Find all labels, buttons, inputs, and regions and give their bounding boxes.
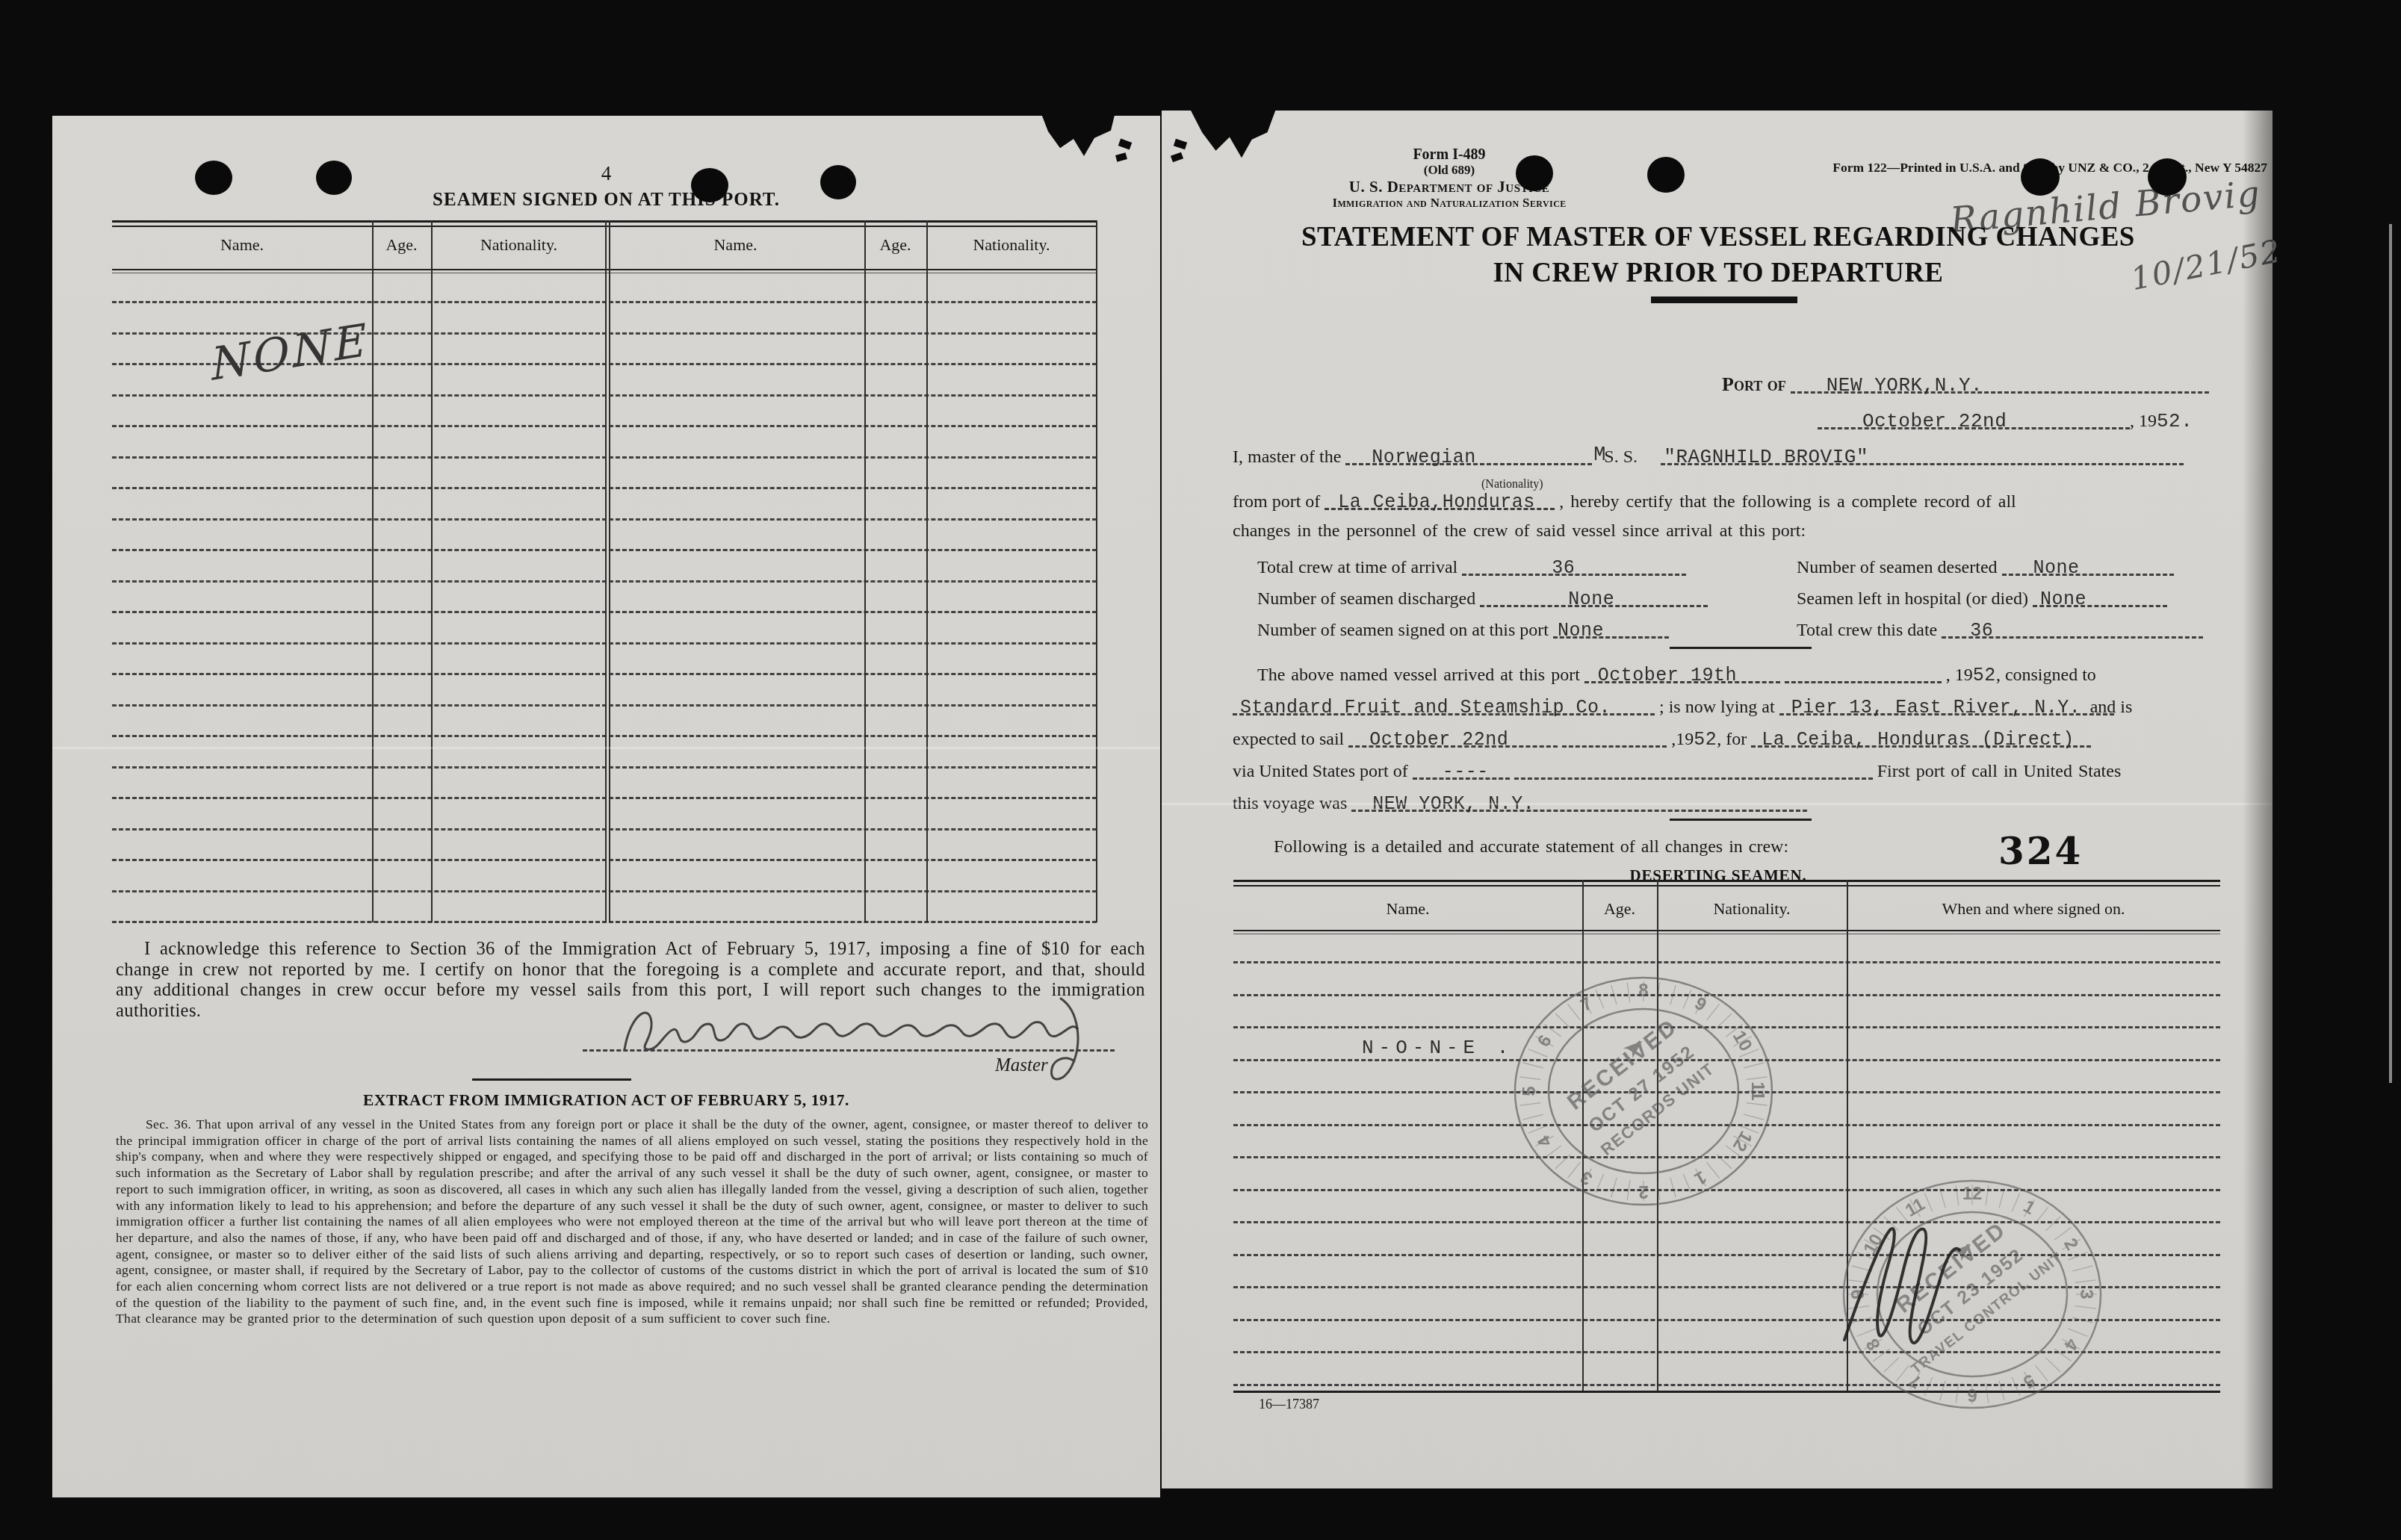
svg-text:8: 8 xyxy=(1638,981,1648,1001)
typed-value: Pier 13, East River, N.Y. xyxy=(1791,697,2081,718)
port-of-value: NEW YORK,N.Y. xyxy=(1827,374,1983,397)
berth-field: Pier 13, East River, N.Y. xyxy=(1779,695,2114,715)
date-value: October 22nd xyxy=(1862,410,2007,432)
stat-discharged: Number of seamen discharged None xyxy=(1257,587,1708,609)
hole-punch xyxy=(2148,158,2187,196)
section-divider-rule xyxy=(1670,819,1812,821)
hole-punch xyxy=(2021,158,2060,196)
stat-deserted: Number of seamen deserted None xyxy=(1797,556,2174,578)
via-port-field: ---- xyxy=(1413,760,1510,780)
stat-total-arrival: Total crew at time of arrival 36 xyxy=(1257,556,1686,578)
form-id-old: (Old 689) xyxy=(1225,163,1673,178)
vessel-prefix: M S. S. xyxy=(1596,447,1656,468)
hole-punch xyxy=(1647,157,1685,193)
right-table-header-rule xyxy=(1233,930,2220,934)
stat-total-date: Total crew this date 36 xyxy=(1797,618,2203,641)
nationality-field: Norwegian xyxy=(1345,445,1592,465)
leader xyxy=(1514,760,1873,780)
left-table-header-rule xyxy=(112,269,1097,273)
table-row-line xyxy=(112,518,1097,521)
svg-text:1: 1 xyxy=(2020,1196,2039,1219)
left-table-vline xyxy=(372,220,374,922)
typed-value: 52 xyxy=(1973,665,1996,686)
stat-field: 36 xyxy=(1942,618,2203,639)
typed-value: October 19th xyxy=(1598,665,1737,686)
leader xyxy=(1785,663,1942,683)
stat-field: None xyxy=(2002,556,2174,576)
left-table-vline xyxy=(864,220,866,922)
printed-text: , for xyxy=(1717,730,1747,749)
arrival-date-field: October 19th xyxy=(1584,663,1780,683)
right-col-header-nationality: Nationality. xyxy=(1657,899,1847,919)
stat-field: None xyxy=(1480,587,1708,607)
following-statement-line: Following is a detailed and accurate sta… xyxy=(1274,837,1788,857)
from-port-line: from port of La Ceiba,Honduras , hereby … xyxy=(1233,490,2016,512)
vessel-name-field: "RAGNHILD BROVIG" xyxy=(1661,445,2184,465)
typed-value: La Ceiba, Honduras (Direct) xyxy=(1762,729,2075,751)
svg-text:1: 1 xyxy=(1691,1167,1710,1189)
table-row-line xyxy=(112,797,1097,799)
master-signature-label: Master xyxy=(995,1055,1048,1076)
stat-signed-on: Number of seamen signed on at this port … xyxy=(1257,618,1669,641)
deserting-none-entry: N-O-N-E . xyxy=(1362,1037,1514,1059)
left-table-vline-center-double xyxy=(605,220,607,922)
printed-text: ; is now lying at xyxy=(1659,698,1775,717)
typed-year: 52. xyxy=(2157,410,2193,432)
right-col-header-age: Age. xyxy=(1582,899,1657,919)
date-field: October 22nd xyxy=(1818,409,2130,429)
left-col-header-age2: Age. xyxy=(864,235,926,255)
stat-field: None xyxy=(2033,587,2167,607)
printed-text: , consigned to xyxy=(1996,665,2096,685)
svg-text:2: 2 xyxy=(1638,1182,1648,1202)
left-col-header-name1: Name. xyxy=(112,235,372,255)
arrival-line-2: Standard Fruit and Steamship Co. ; is no… xyxy=(1233,695,2132,718)
table-row-line xyxy=(112,890,1097,892)
form-id: Form I-489 xyxy=(1225,146,1673,164)
svg-text:9: 9 xyxy=(1691,993,1710,1016)
stat-label: Total crew this date xyxy=(1797,621,1937,640)
stat-field: 36 xyxy=(1462,556,1686,576)
svg-text:5: 5 xyxy=(1519,1086,1540,1096)
signature-rule xyxy=(583,1049,1115,1052)
table-row-line xyxy=(112,487,1097,489)
left-col-header-nationality2: Nationality. xyxy=(926,235,1097,255)
right-page-fold-crease xyxy=(1162,803,2273,805)
handwritten-none-entry: NONE xyxy=(210,314,371,391)
hole-punch xyxy=(195,161,232,195)
port-of-field: NEW YORK,N.Y. xyxy=(1791,373,2209,394)
section-divider-rule xyxy=(1670,647,1812,649)
scan-edge-artifact xyxy=(2389,224,2392,1083)
table-row-line xyxy=(112,549,1097,551)
arrival-line-4: via United States port of ---- First por… xyxy=(1233,760,2121,782)
right-table-top-rule xyxy=(1233,880,2220,887)
svg-text:5: 5 xyxy=(2020,1370,2039,1392)
form-footer-code: 16—17387 xyxy=(1259,1397,1319,1412)
port-of-line: Port of NEW YORK,N.Y. xyxy=(1722,373,2209,396)
svg-text:3: 3 xyxy=(2076,1289,2096,1299)
table-row-line xyxy=(112,673,1097,675)
printed-text: First port of call in United States xyxy=(1877,762,2122,781)
arrival-line-1: The above named vessel arrived at this p… xyxy=(1257,663,2096,686)
left-table-vline xyxy=(926,220,928,922)
right-col-header-name: Name. xyxy=(1233,899,1582,919)
extract-heading: EXTRACT FROM IMMIGRATION ACT OF FEBRUARY… xyxy=(52,1091,1160,1110)
printed-year-prefix: , 19 xyxy=(2130,412,2157,431)
table-row-line xyxy=(112,828,1097,830)
table-row-line xyxy=(112,301,1097,303)
table-row-line xyxy=(112,921,1097,923)
svg-text:12: 12 xyxy=(1962,1184,1983,1204)
table-row-line xyxy=(112,642,1097,645)
agency-service: Immigration and Naturalization Service xyxy=(1225,196,1673,211)
statement-date-line: October 22nd , 1952. xyxy=(1818,409,2193,432)
hole-punch xyxy=(1516,155,1553,191)
svg-text:3: 3 xyxy=(1577,1167,1596,1189)
table-row-line xyxy=(112,766,1097,769)
form-title-line2: IN CREW PRIOR TO DEPARTURE xyxy=(1169,257,2267,289)
stat-value: None xyxy=(1558,620,1604,642)
stat-field: None xyxy=(1553,618,1669,639)
from-port-label: from port of xyxy=(1233,492,1320,512)
left-page: 4 SEAMEN SIGNED ON AT THIS PORT. Name. A… xyxy=(52,116,1160,1497)
table-row-line xyxy=(1233,961,2220,963)
vessel-prefix-typed: M xyxy=(1593,444,1606,467)
table-row-line xyxy=(112,704,1097,707)
stat-value: 36 xyxy=(1970,620,1993,642)
table-row-line xyxy=(112,425,1097,427)
stat-label: Seamen left in hospital (or died) xyxy=(1797,589,2028,609)
svg-text:11: 11 xyxy=(1747,1081,1768,1100)
leader xyxy=(1562,727,1667,748)
typed-value: 52 xyxy=(1694,729,1717,751)
page-edge-shadow xyxy=(2243,111,2273,1488)
received-stamp-records-unit: 123456789101112RECEIVEDOCT 27 1952RECORD… xyxy=(1502,968,1785,1214)
from-port-value: La Ceiba,Honduras xyxy=(1338,491,1535,513)
table-row-line xyxy=(112,859,1097,861)
table-row-line xyxy=(112,456,1097,459)
typed-value: Standard Fruit and Steamship Co. xyxy=(1240,697,1611,718)
right-col-header-signed-on: When and where signed on. xyxy=(1847,899,2220,919)
typed-value: October 22nd xyxy=(1369,729,1508,751)
master-prefix: I, master of the xyxy=(1233,447,1341,467)
svg-text:6: 6 xyxy=(1534,1031,1556,1050)
stat-value: None xyxy=(1568,589,1614,610)
inspector-initials-scribble xyxy=(1827,1214,1998,1364)
svg-text:4: 4 xyxy=(2060,1335,2082,1355)
hole-punch xyxy=(316,161,352,195)
stat-value: 36 xyxy=(1552,557,1575,579)
vessel-prefix-printed: S. S. xyxy=(1604,447,1638,467)
scanned-document-background: { "document": { "left_page": { "page_num… xyxy=(0,0,2401,1540)
form-title-line1: STATEMENT OF MASTER OF VESSEL REGARDING … xyxy=(1169,221,2267,253)
nationality-value: Norwegian xyxy=(1372,447,1476,468)
extract-body: Sec. 36. That upon arrival of any vessel… xyxy=(116,1117,1148,1327)
typed-value: ---- xyxy=(1443,761,1489,783)
printed-text: , 19 xyxy=(1946,665,1973,685)
destination-field: La Ceiba, Honduras (Direct) xyxy=(1751,727,2091,748)
left-table-vline-center-double xyxy=(609,220,610,922)
left-col-header-age1: Age. xyxy=(372,235,431,255)
vessel-name-value: "RAGNHILD BROVIG" xyxy=(1664,446,1868,468)
svg-text:4: 4 xyxy=(1533,1131,1555,1151)
master-of-vessel-line: I, master of the Norwegian M S. S. "RAGN… xyxy=(1233,445,2184,468)
hole-punch xyxy=(820,165,856,199)
table-row-line xyxy=(112,611,1097,613)
table-row-line xyxy=(112,394,1097,397)
right-page: Form I-489 (Old 689) U. S. Department of… xyxy=(1162,111,2273,1488)
printed-text: ,19 xyxy=(1671,730,1694,749)
stat-hospital: Seamen left in hospital (or died) None xyxy=(1797,587,2167,609)
svg-text:6: 6 xyxy=(1967,1385,1977,1405)
left-table-vline-right xyxy=(1096,220,1097,922)
agency-name: U. S. Department of Justice xyxy=(1225,178,1673,196)
svg-text:7: 7 xyxy=(1577,993,1596,1016)
stat-value: None xyxy=(2040,589,2086,610)
certify-text-line2: changes in the personnel of the crew of … xyxy=(1233,521,1806,541)
voyage-port-field: NEW YORK, N.Y. xyxy=(1351,792,1807,812)
printed-text: expected to sail xyxy=(1233,730,1344,749)
left-table-top-rule xyxy=(112,220,1097,227)
consignee-field: Standard Fruit and Steamship Co. xyxy=(1233,695,1655,715)
extract-heading-rule xyxy=(472,1078,631,1081)
printed-text: The above named vessel arrived at this p… xyxy=(1257,665,1580,685)
left-page-fold-crease xyxy=(52,747,1160,749)
left-col-header-name2: Name. xyxy=(607,235,864,255)
from-port-field: La Ceiba,Honduras xyxy=(1325,490,1555,510)
title-underline-bar xyxy=(1651,296,1797,303)
port-of-label: Port of xyxy=(1722,373,1786,395)
certify-text: , hereby certify that the following is a… xyxy=(1559,492,2016,512)
stat-label: Number of seamen signed on at this port xyxy=(1257,621,1549,640)
sail-date-field: October 22nd xyxy=(1348,727,1558,748)
hole-punch xyxy=(691,168,728,202)
stat-label: Number of seamen deserted xyxy=(1797,558,1998,577)
left-col-header-nationality1: Nationality. xyxy=(431,235,607,255)
stat-label: Total crew at time of arrival xyxy=(1257,558,1457,577)
table-row-line xyxy=(112,735,1097,737)
printed-text: via United States port of xyxy=(1233,762,1408,781)
table-row-line xyxy=(112,580,1097,583)
stat-value: None xyxy=(2033,557,2080,579)
left-table-vline xyxy=(431,220,433,922)
stat-label: Number of seamen discharged xyxy=(1257,589,1475,609)
arrival-line-3: expected to sail October 22nd ,1952, for… xyxy=(1233,727,2091,751)
svg-text:2: 2 xyxy=(2060,1235,2082,1253)
